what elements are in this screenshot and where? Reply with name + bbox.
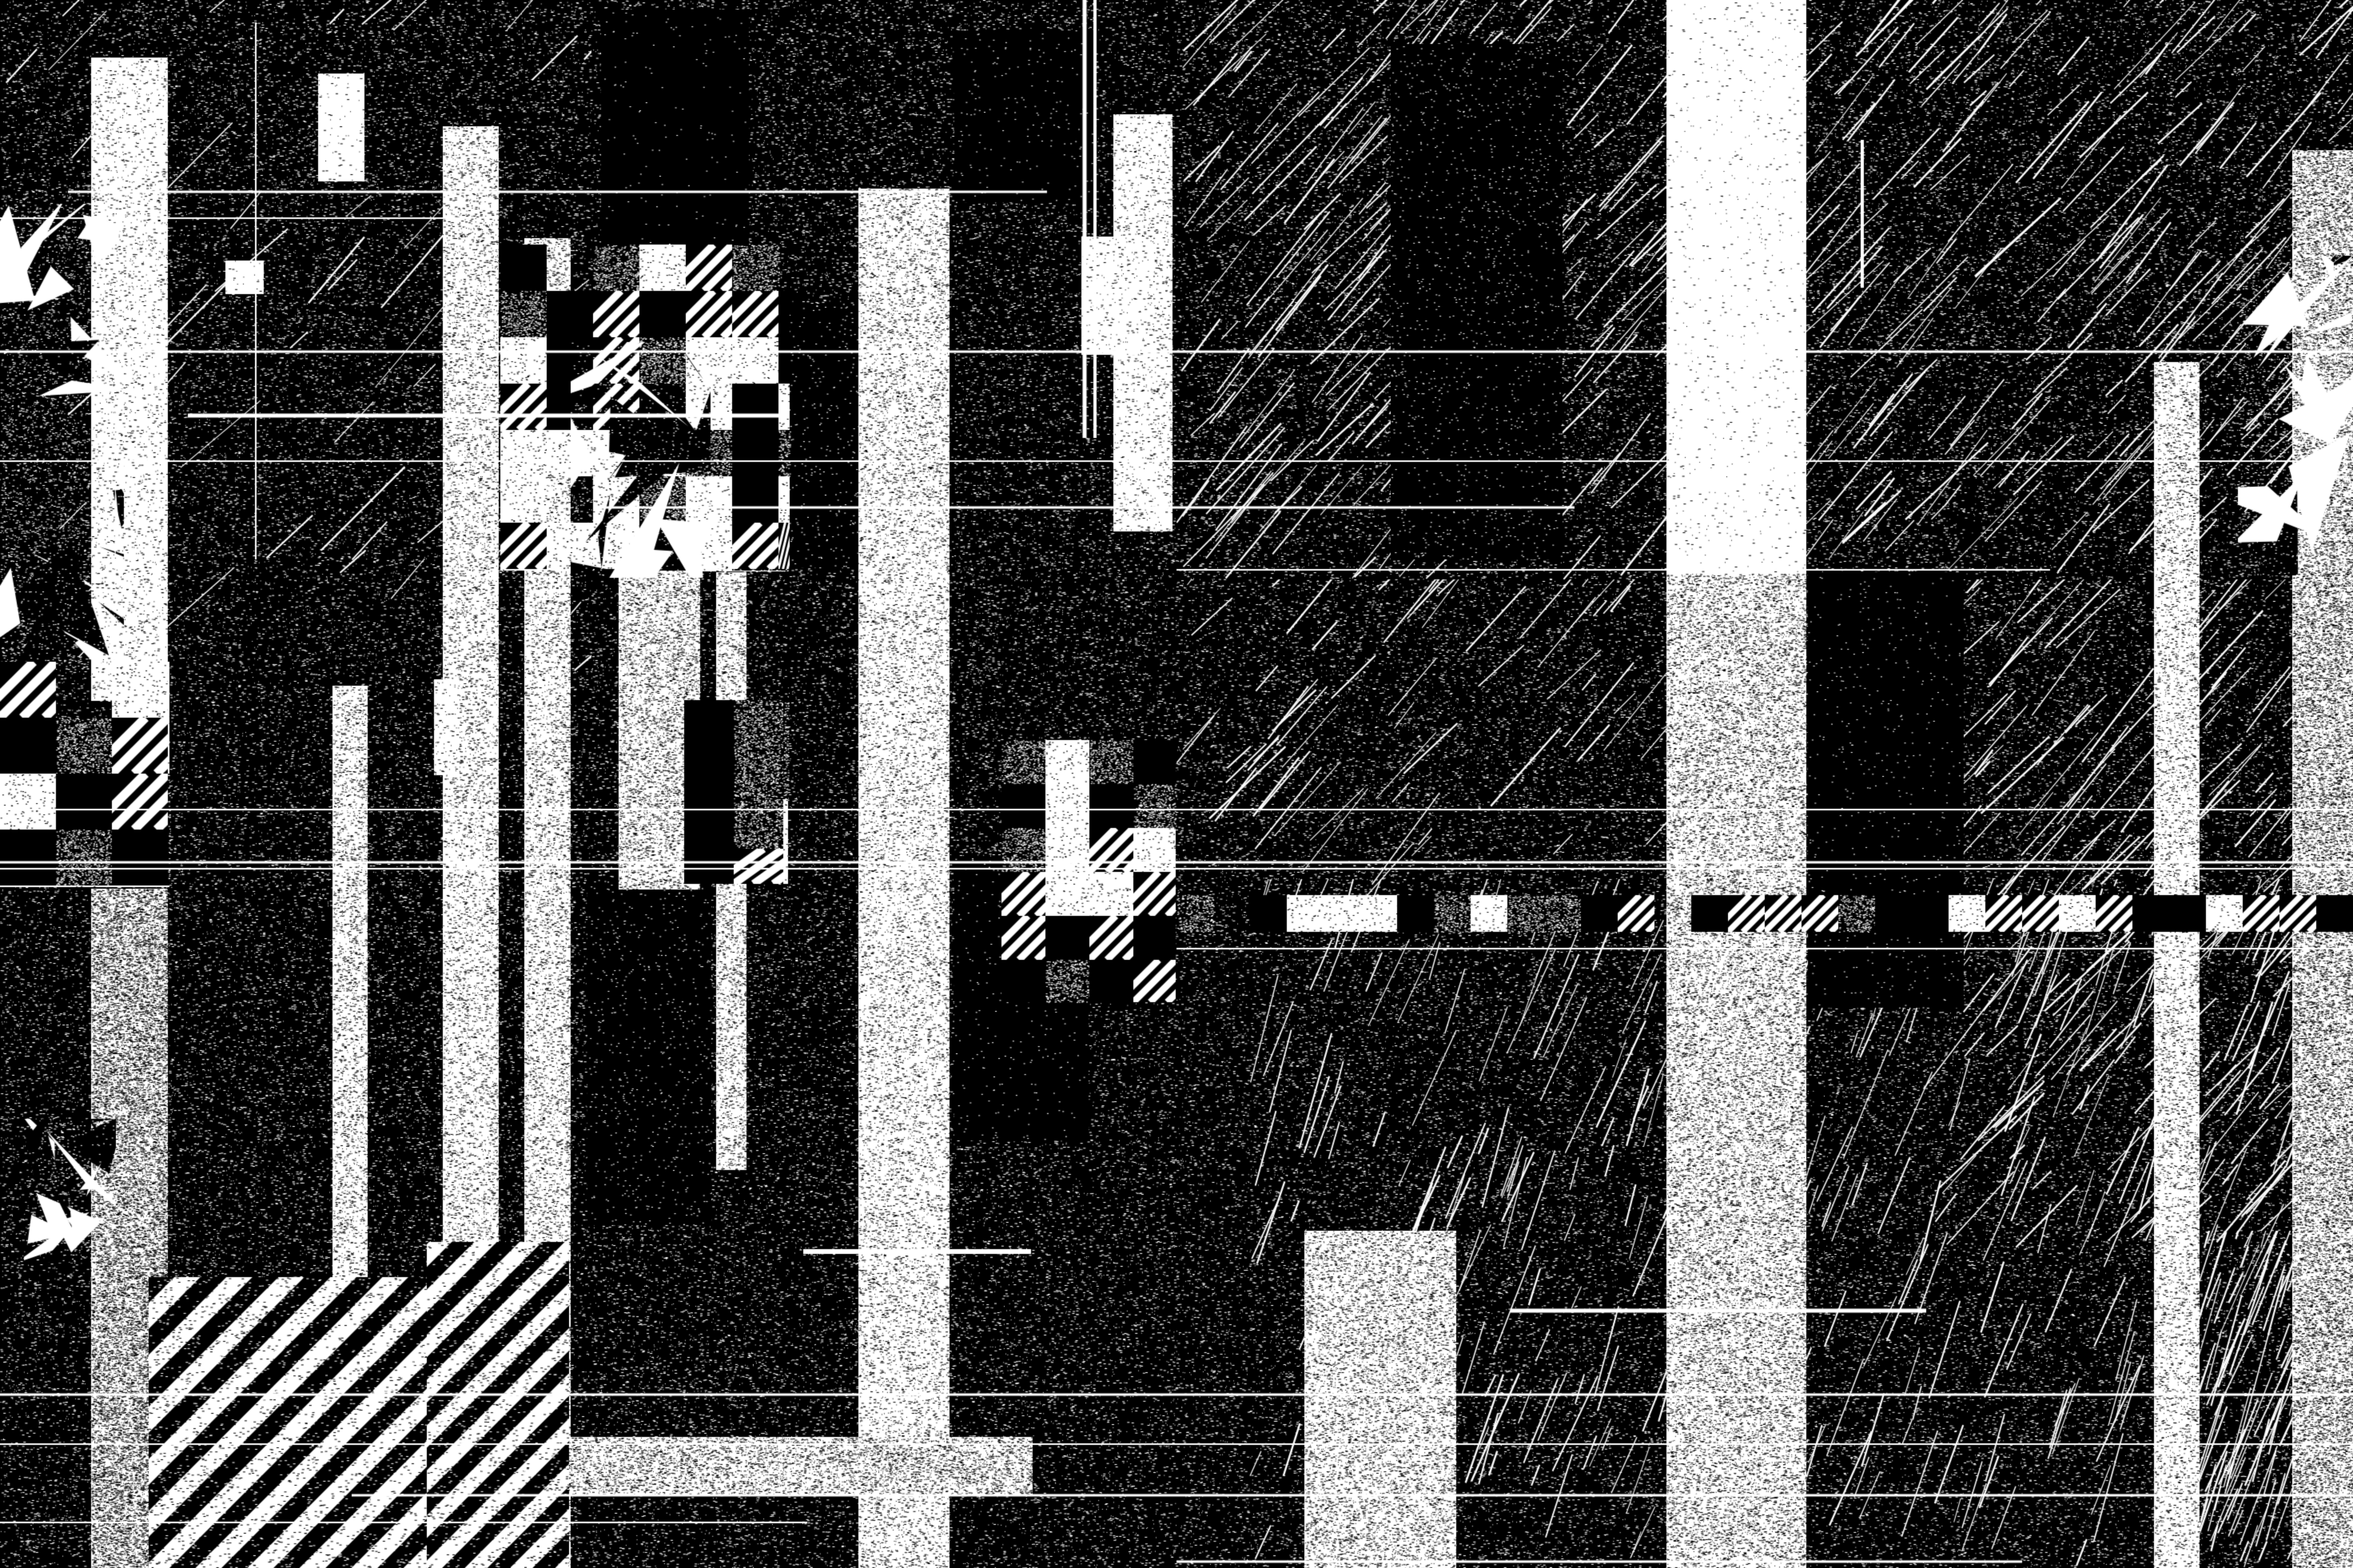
glitch-noise-canvas (0, 0, 2353, 1568)
glitch-art-root (0, 0, 2353, 1568)
